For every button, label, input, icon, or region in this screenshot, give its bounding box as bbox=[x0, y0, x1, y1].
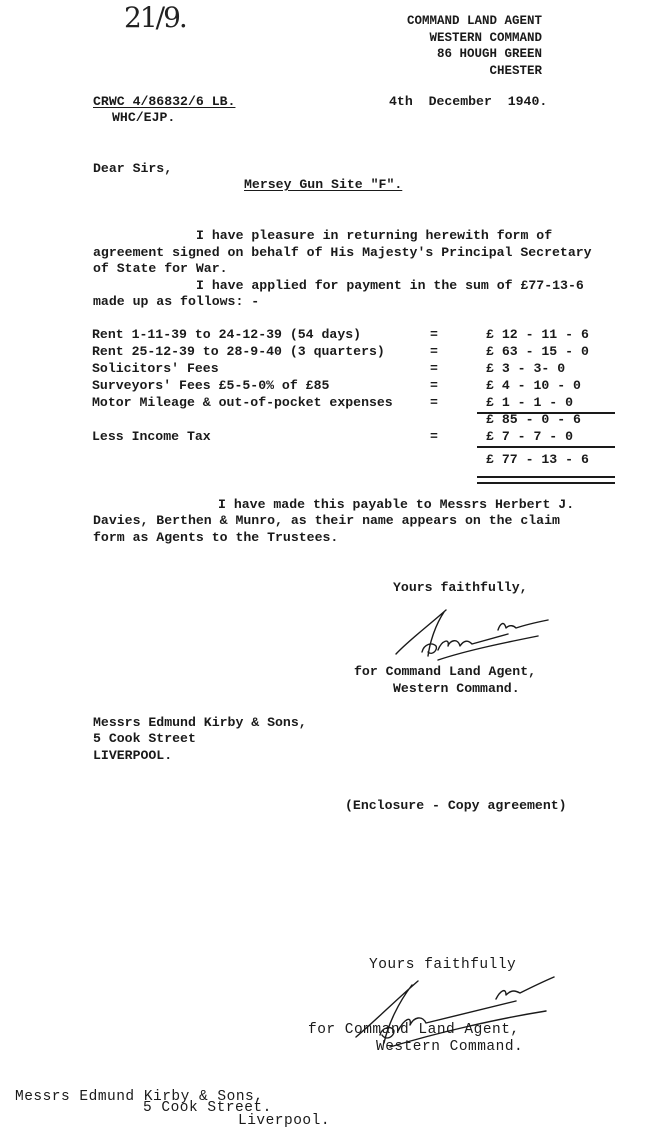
row-equals: = bbox=[430, 395, 438, 410]
letterhead-line: WESTERN COMMAND bbox=[407, 30, 542, 47]
subject-heading: Mersey Gun Site "F". bbox=[244, 177, 402, 194]
subtotal-amount: £ 85 - 0 - 6 bbox=[486, 412, 612, 427]
valediction: Yours faithfully, bbox=[393, 580, 528, 597]
recipient-city: LIVERPOOL. bbox=[93, 748, 172, 765]
row-amount: £ 4 - 10 - 0 bbox=[486, 378, 612, 393]
row-description: Motor Mileage & out-of-pocket expenses bbox=[92, 395, 393, 410]
table-row: Rent 1-11-39 to 24-12-39 (54 days) = £ 1… bbox=[92, 327, 622, 344]
salutation: Dear Sirs, bbox=[93, 161, 172, 178]
table-row: Surveyors' Fees £5-5-0% of £85 = £ 4 - 1… bbox=[92, 378, 622, 395]
body-paragraph-1: I have pleasure in returning herewith fo… bbox=[196, 228, 552, 245]
row-equals: = bbox=[430, 378, 438, 393]
row-amount: £ 7 - 7 - 0 bbox=[486, 429, 612, 444]
body-paragraph-3: form as Agents to the Trustees. bbox=[93, 530, 338, 547]
signature-line-2: Western Command. bbox=[393, 681, 520, 698]
row-description: Rent 25-12-39 to 28-9-40 (3 quarters) bbox=[92, 344, 385, 359]
row-amount: £ 3 - 3- 0 bbox=[486, 361, 612, 376]
row-description: Rent 1-11-39 to 24-12-39 (54 days) bbox=[92, 327, 361, 342]
table-row: Motor Mileage & out-of-pocket expenses =… bbox=[92, 395, 622, 412]
row-amount: £ 12 - 11 - 6 bbox=[486, 327, 612, 342]
signature-icon bbox=[388, 606, 558, 666]
recipient-name: Messrs Edmund Kirby & Sons, bbox=[93, 715, 307, 732]
row-amount: £ 63 - 15 - 0 bbox=[486, 344, 612, 359]
row-equals: = bbox=[430, 361, 438, 376]
deduction-row: Less Income Tax = £ 7 - 7 - 0 bbox=[92, 429, 622, 446]
letterhead-line: COMMAND LAND AGENT bbox=[407, 13, 542, 30]
enclosure-note: (Enclosure - Copy agreement) bbox=[345, 798, 567, 815]
letterhead-line: 86 HOUGH GREEN bbox=[407, 46, 542, 63]
row-description: Less Income Tax bbox=[92, 429, 211, 444]
row-equals: = bbox=[430, 327, 438, 342]
body-paragraph-3: Davies, Berthen & Munro, as their name a… bbox=[93, 513, 560, 530]
duplicate-signature-line-1: for Command Land Agent, bbox=[308, 1022, 520, 1039]
body-paragraph-1: of State for War. bbox=[93, 261, 228, 278]
total-rule bbox=[477, 446, 615, 448]
body-paragraph-3: I have made this payable to Messrs Herbe… bbox=[218, 497, 574, 514]
double-underline-bottom bbox=[477, 482, 615, 484]
reference-number: CRWC 4/86832/6 LB. bbox=[93, 94, 235, 111]
reference-initials: WHC/EJP. bbox=[112, 110, 175, 127]
total-amount: £ 77 - 13 - 6 bbox=[486, 452, 612, 467]
letterhead: COMMAND LAND AGENT WESTERN COMMAND 86 HO… bbox=[407, 13, 542, 79]
row-equals: = bbox=[430, 429, 438, 444]
letter-date: 4th December 1940. bbox=[389, 94, 547, 111]
handwritten-reference: 21/9. bbox=[124, 10, 186, 27]
total-row: £ 77 - 13 - 6 bbox=[92, 452, 622, 469]
row-amount: £ 1 - 1 - 0 bbox=[486, 395, 612, 410]
row-description: Solicitors' Fees bbox=[92, 361, 219, 376]
table-row: Solicitors' Fees = £ 3 - 3- 0 bbox=[92, 361, 622, 378]
subtotal-row: £ 85 - 0 - 6 bbox=[92, 412, 622, 429]
duplicate-signature-line-2: Western Command. bbox=[376, 1039, 523, 1056]
double-underline-top bbox=[477, 476, 615, 478]
table-row: Rent 25-12-39 to 28-9-40 (3 quarters) = … bbox=[92, 344, 622, 361]
duplicate-valediction: Yours faithfully bbox=[369, 957, 516, 974]
body-paragraph-1: agreement signed on behalf of His Majest… bbox=[93, 245, 592, 262]
duplicate-recipient-city: Liverpool. bbox=[238, 1113, 330, 1130]
row-description: Surveyors' Fees £5-5-0% of £85 bbox=[92, 378, 329, 393]
letterhead-line: CHESTER bbox=[407, 63, 542, 80]
row-equals: = bbox=[430, 344, 438, 359]
signature-line-1: for Command Land Agent, bbox=[354, 664, 536, 681]
body-paragraph-2: I have applied for payment in the sum of… bbox=[196, 278, 584, 295]
recipient-street: 5 Cook Street bbox=[93, 731, 196, 748]
body-paragraph-2: made up as follows: - bbox=[93, 294, 259, 311]
